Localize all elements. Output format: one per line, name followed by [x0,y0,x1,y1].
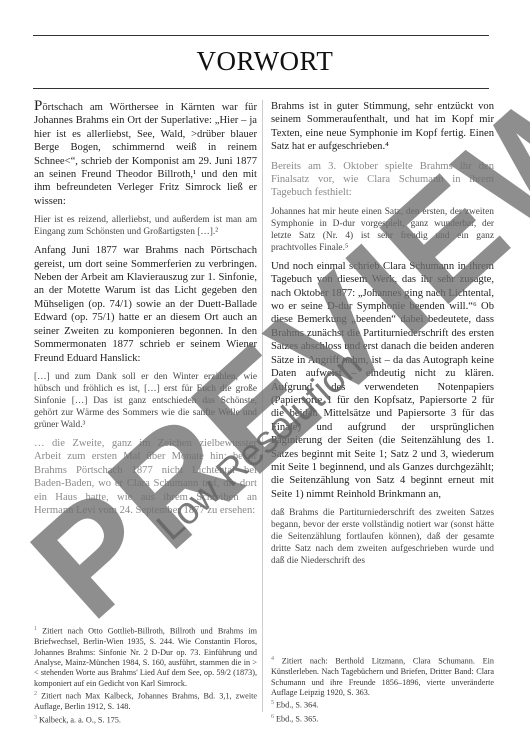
footnote-1: 1 Zitiert nach Otto Gottlieb-Billroth, B… [34,624,257,689]
footnote-text: Zitiert nach Max Kalbeck, Johannes Brahm… [34,692,257,711]
footnote-2: 2 Zitiert nach Max Kalbeck, Johannes Bra… [34,689,257,713]
left-quote-1: Hier ist es reizend, allerliebst, und au… [34,214,257,238]
left-paragraph-1: Pörtschach am Wörthersee in Kärnten war … [34,100,257,208]
right-paragraph-3: Und noch einmal schrieb Clara Schumann i… [271,260,494,501]
footnote-text: Ebd., S. 364. [276,701,318,710]
page-title: VORWORT [0,46,530,77]
footnote-number: 1 [34,626,37,632]
right-quote-2: daß Brahms die Partiturniederschrift des… [271,507,494,567]
footnote-text: Zitiert nach: Berthold Litzmann, Clara S… [271,657,494,697]
title-bottom-rule [33,88,489,89]
footnote-number: 6 [271,714,274,720]
left-column: Pörtschach am Wörthersee in Kärnten war … [34,100,257,523]
footnotes-right: 4 Zitiert nach: Berthold Litzmann, Clara… [271,654,494,725]
column-divider [262,100,263,712]
footnote-number: 4 [271,656,274,662]
document-page: VORWORT Pörtschach am Wörthersee in Kärn… [0,0,530,750]
footnote-number: 3 [34,715,37,721]
top-rule [33,35,489,36]
right-quote-1: Johannes hat mir heute einen Satz, den e… [271,206,494,254]
footnote-text: Kalbeck, a. a. O., S. 175. [39,715,121,724]
left-paragraph-3: … die Zweite, ganz im Zeichen zielbewuss… [34,437,257,517]
left-quote-2: […] und zum Dank soll er den Winter erzä… [34,371,257,431]
right-column: Brahms ist in guter Stimmung, sehr entzü… [271,100,494,573]
footnotes-left: 1 Zitiert nach Otto Gottlieb-Billroth, B… [34,624,257,726]
left-paragraph-1-text: örtschach am Wörthersee in Kärnten war f… [34,102,257,207]
footnote-4: 4 Zitiert nach: Berthold Litzmann, Clara… [271,654,494,698]
right-paragraph-2: Bereits am 3. Oktober spielte Brahms ihr… [271,160,494,200]
footnote-number: 2 [34,691,37,697]
footnote-5: 5 Ebd., S. 364. [271,698,494,711]
right-paragraph-1: Brahms ist in guter Stimmung, sehr entzü… [271,100,494,154]
footnote-6: 6 Ebd., S. 365. [271,712,494,725]
footnote-text: Ebd., S. 365. [276,714,318,723]
footnote-3: 3 Kalbeck, a. a. O., S. 175. [34,713,257,726]
left-paragraph-2: Anfang Juni 1877 war Brahms nach Pörtsch… [34,244,257,365]
footnote-text: Zitiert nach Otto Gottlieb-Billroth, Bil… [34,627,257,688]
footnote-number: 5 [271,700,274,706]
